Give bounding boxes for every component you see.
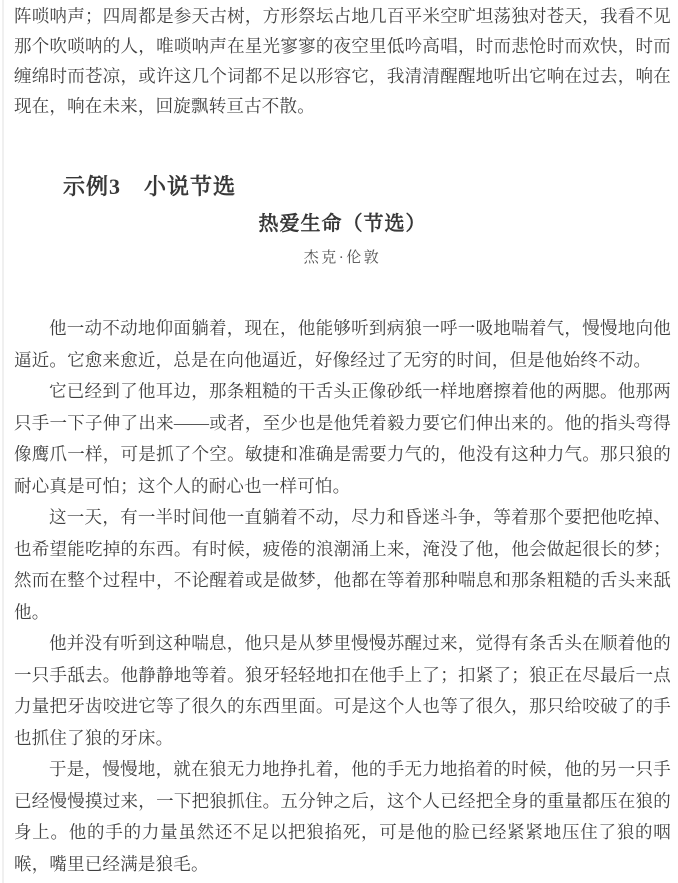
- body-paragraph: 这一天，有一半时间他一直躺着不动，尽力和昏迷斗争，等着那个要把他吃掉、也希望能吃…: [14, 502, 671, 628]
- body-paragraph: 它已经到了他耳边，那条粗糙的干舌头正像砂纸一样地磨擦着他的两腮。他那两只手一下子…: [14, 376, 671, 502]
- author-name: 杰克·伦敦: [14, 247, 671, 269]
- body-paragraph: 他并没有听到这种喘息，他只是从梦里慢慢苏醒过来，觉得有条舌头在顺着他的一只手舐去…: [14, 628, 671, 754]
- excerpt-body: 他一动不动地仰面躺着，现在，他能够听到病狼一呼一吸地喘着气，慢慢地向他逼近。它愈…: [14, 313, 671, 880]
- document-page: 阵唢呐声；四周都是参天古树，方形祭坛占地几百平米空旷坦荡独对苍天，我看不见那个吹…: [0, 0, 678, 883]
- page-content: 阵唢呐声；四周都是参天古树，方形祭坛占地几百平米空旷坦荡独对苍天，我看不见那个吹…: [14, 0, 671, 880]
- continuation-paragraph: 阵唢呐声；四周都是参天古树，方形祭坛占地几百平米空旷坦荡独对苍天，我看不见那个吹…: [14, 0, 671, 121]
- section-heading: 示例3 小说节选: [63, 172, 671, 202]
- scan-edge-artifact: [2, 0, 4, 883]
- body-paragraph: 于是，慢慢地，就在狼无力地挣扎着，他的手无力地掐着的时候，他的另一只手已经慢慢摸…: [14, 754, 671, 880]
- body-paragraph: 他一动不动地仰面躺着，现在，他能够听到病狼一呼一吸地喘着气，慢慢地向他逼近。它愈…: [14, 313, 671, 376]
- excerpt-title: 热爱生命（节选）: [14, 210, 671, 238]
